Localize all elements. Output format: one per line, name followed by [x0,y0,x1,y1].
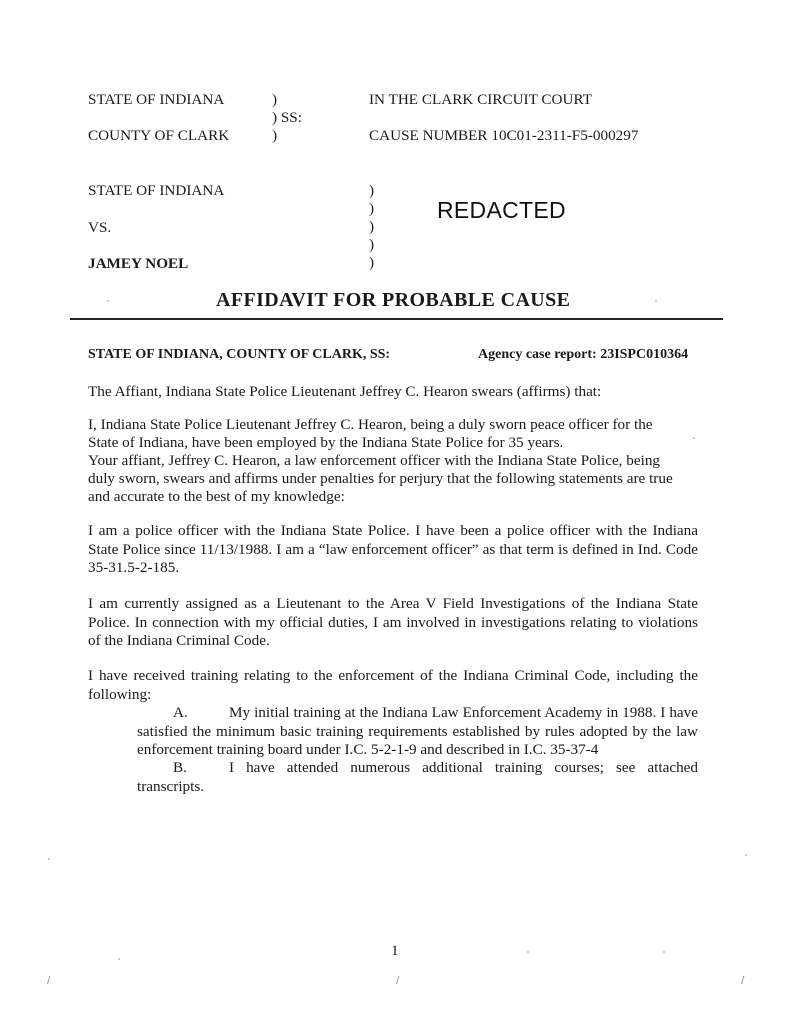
caption-paren: ) [272,127,277,145]
agency-case-report: Agency case report: 23ISPC010364 [478,346,688,364]
para-1-line: Your affiant, Jeffrey C. Hearon, a law e… [88,452,660,470]
scan-mark: / [396,975,399,986]
scan-mark: / [741,975,744,986]
training-item-a: A.My initial training at the Indiana Law… [137,704,698,760]
plaintiff: STATE OF INDIANA [88,182,224,200]
scan-speck [527,951,529,953]
paragraph-assignment: I am currently assigned as a Lieutenant … [88,595,698,651]
para-1-line: I, Indiana State Police Lieutenant Jeffr… [88,416,653,434]
redacted-label: REDACTED [437,197,566,224]
document-title: AFFIDAVIT FOR PROBABLE CAUSE [216,289,570,312]
para-1-line: duly sworn, swears and affirms under pen… [88,470,673,488]
party-paren: ) [369,200,374,218]
party-paren: ) [369,236,374,254]
versus: VS. [88,219,111,237]
caption-county: COUNTY OF CLARK [88,127,229,145]
scan-speck [118,958,120,960]
scan-speck [745,854,747,856]
training-item-label: B. [137,759,229,778]
caption-ss: ) SS: [272,109,302,127]
caption-paren: ) [272,91,277,109]
para-1-line: and accurate to the best of my knowledge… [88,488,345,506]
scan-speck [663,951,665,953]
party-paren: ) [369,218,374,236]
paragraph-officer-status: I am a police officer with the Indiana S… [88,522,698,578]
paragraph-training: I have received training relating to the… [88,667,698,704]
party-paren: ) [369,254,374,272]
training-item-label: A. [137,704,229,723]
scan-speck [107,300,109,302]
scan-speck [655,300,657,302]
scan-speck [48,858,50,860]
para-1-line: State of Indiana, have been employed by … [88,434,563,452]
title-rule [70,318,723,320]
cause-number: CAUSE NUMBER 10C01-2311-F5-000297 [369,127,638,145]
court-name: IN THE CLARK CIRCUIT COURT [369,91,592,109]
scan-speck [693,437,695,439]
intro-paragraph: The Affiant, Indiana State Police Lieute… [88,383,601,401]
party-paren: ) [369,182,374,200]
page-number: 1 [391,942,399,960]
training-item-b: B.I have attended numerous additional tr… [137,759,698,796]
defendant: JAMEY NOEL [88,255,188,273]
scan-mark: / [47,975,50,986]
venue-line: STATE OF INDIANA, COUNTY OF CLARK, SS: [88,346,390,364]
caption-state: STATE OF INDIANA [88,91,224,109]
